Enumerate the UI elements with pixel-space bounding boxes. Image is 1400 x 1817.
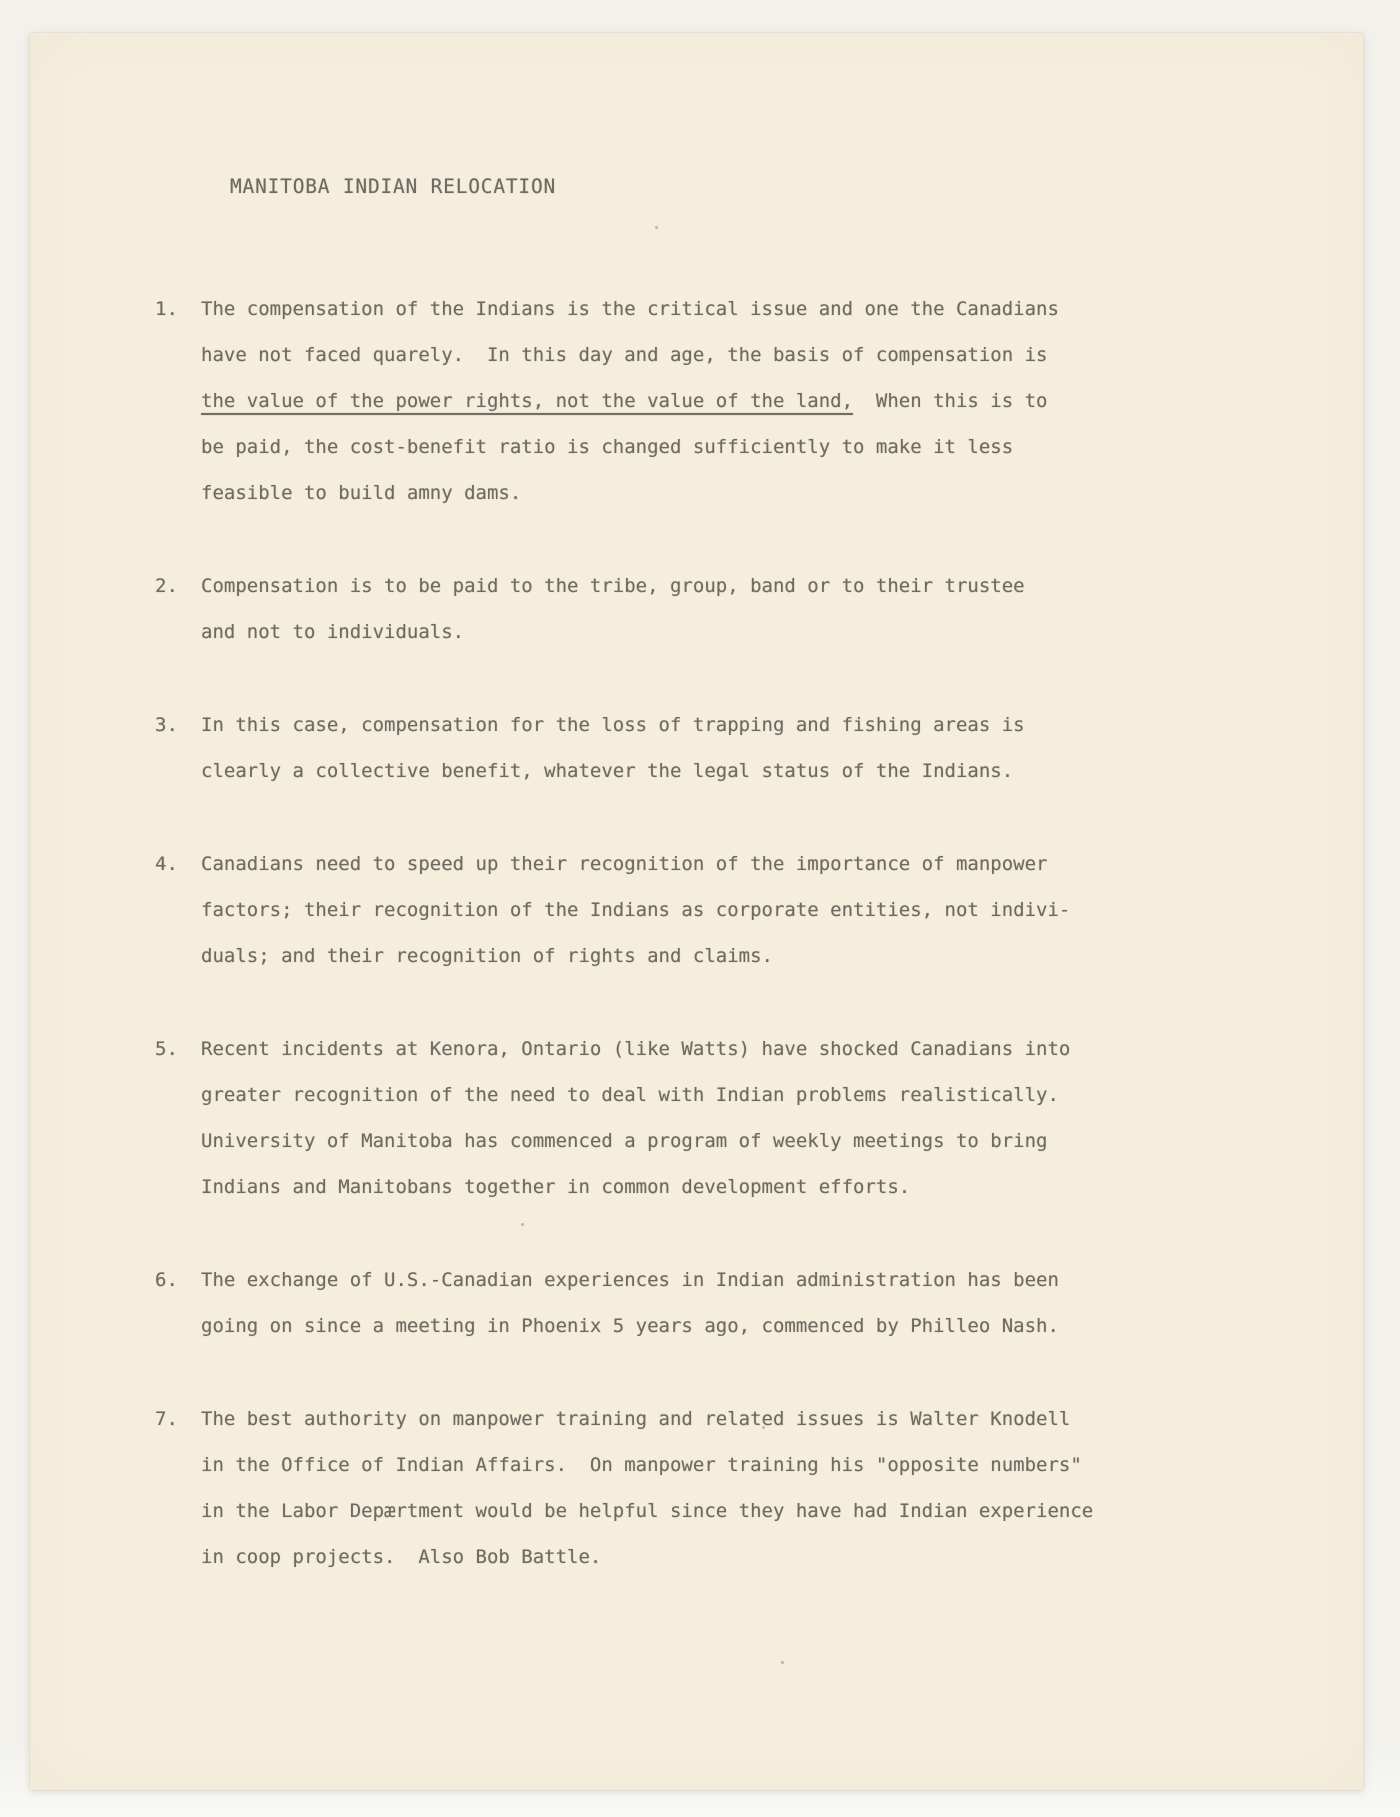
paper-speck: [781, 1661, 784, 1664]
list-item: 6.The exchange of U.S.-Canadian experien…: [155, 1257, 1243, 1349]
document-title: MANITOBA INDIAN RELOCATION: [230, 175, 1243, 198]
item-text: The exchange of U.S.-Canadian experience…: [201, 1257, 1243, 1349]
text-line: greater recognition of the need to deal …: [201, 1072, 1243, 1118]
text-line: The exchange of U.S.-Canadian experience…: [201, 1257, 1243, 1303]
text-line: factors; their recognition of the Indian…: [201, 887, 1243, 933]
list-item: 1.The compensation of the Indians is the…: [155, 286, 1243, 516]
text-line: and not to individuals.: [201, 609, 1243, 655]
text-segment: factors; their recognition of the Indian…: [201, 899, 1070, 921]
text-segment: in the Labor Depærtment would be helpful…: [201, 1500, 1093, 1522]
text-segment: in coop projects. Also Bob Battle.: [201, 1546, 601, 1568]
text-segment: When this is to: [853, 390, 1047, 412]
underlined-phrase: the value of the power rights, not the v…: [201, 390, 853, 412]
text-line: Compensation is to be paid to the tribe,…: [201, 563, 1243, 609]
text-segment: The best authority on manpower training …: [201, 1408, 1070, 1430]
paper-speck: [655, 226, 658, 229]
text-segment: The compensation of the Indians is the c…: [201, 298, 1059, 320]
item-text: The compensation of the Indians is the c…: [201, 286, 1243, 516]
item-number: 7.: [155, 1396, 201, 1442]
text-segment: duals; and their recognition of rights a…: [201, 945, 773, 967]
text-line: be paid, the cost-benefit ratio is chang…: [201, 424, 1243, 470]
text-segment: University of Manitoba has commenced a p…: [201, 1130, 1047, 1152]
list-item: 2.Compensation is to be paid to the trib…: [155, 563, 1243, 655]
text-segment: be paid, the cost-benefit ratio is chang…: [201, 436, 1013, 458]
item-number: 2.: [155, 563, 201, 609]
list-item: 4.Canadians need to speed up their recog…: [155, 841, 1243, 979]
text-segment: going on since a meeting in Phoenix 5 ye…: [201, 1315, 1059, 1337]
list-item: 5.Recent incidents at Kenora, Ontario (l…: [155, 1026, 1243, 1210]
item-number: 4.: [155, 841, 201, 887]
text-segment: Canadians need to speed up their recogni…: [201, 853, 1047, 875]
text-segment: Indians and Manitobans together in commo…: [201, 1176, 910, 1198]
numbered-list: 1.The compensation of the Indians is the…: [155, 286, 1243, 1580]
text-line: Canadians need to speed up their recogni…: [201, 841, 1243, 887]
text-line: the value of the power rights, not the v…: [201, 378, 1243, 424]
text-line: The best authority on manpower training …: [201, 1396, 1243, 1442]
item-text: Compensation is to be paid to the tribe,…: [201, 563, 1243, 655]
text-line: in the Labor Depærtment would be helpful…: [201, 1488, 1243, 1534]
text-segment: In this case, compensation for the loss …: [201, 714, 1025, 736]
text-segment: feasible to build amny dams.: [201, 482, 521, 504]
text-line: in coop projects. Also Bob Battle.: [201, 1534, 1243, 1580]
text-segment: Recent incidents at Kenora, Ontario (lik…: [201, 1038, 1070, 1060]
text-segment: have not faced quarely. In this day and …: [201, 344, 1047, 366]
text-line: duals; and their recognition of rights a…: [201, 933, 1243, 979]
text-line: going on since a meeting in Phoenix 5 ye…: [201, 1303, 1243, 1349]
text-line: in the Office of Indian Affairs. On manp…: [201, 1442, 1243, 1488]
item-number: 5.: [155, 1026, 201, 1072]
item-text: The best authority on manpower training …: [201, 1396, 1243, 1580]
text-segment: clearly a collective benefit, whatever t…: [201, 760, 1013, 782]
paper-speck: [521, 1223, 524, 1226]
item-text: Canadians need to speed up their recogni…: [201, 841, 1243, 979]
item-text: Recent incidents at Kenora, Ontario (lik…: [201, 1026, 1243, 1210]
text-line: Recent incidents at Kenora, Ontario (lik…: [201, 1026, 1243, 1072]
text-line: Indians and Manitobans together in commo…: [201, 1164, 1243, 1210]
list-item: 7.The best authority on manpower trainin…: [155, 1396, 1243, 1580]
scan-background: { "colors": { "background": "#f2f1ec", "…: [0, 0, 1400, 1817]
item-number: 3.: [155, 702, 201, 748]
text-segment: in the Office of Indian Affairs. On manp…: [201, 1454, 1082, 1476]
text-line: The compensation of the Indians is the c…: [201, 286, 1243, 332]
list-item: 3.In this case, compensation for the los…: [155, 702, 1243, 794]
text-segment: The exchange of U.S.-Canadian experience…: [201, 1269, 1059, 1291]
text-segment: and not to individuals.: [201, 621, 464, 643]
text-line: University of Manitoba has commenced a p…: [201, 1118, 1243, 1164]
text-line: feasible to build amny dams.: [201, 470, 1243, 516]
text-line: have not faced quarely. In this day and …: [201, 332, 1243, 378]
text-segment: greater recognition of the need to deal …: [201, 1084, 1059, 1106]
text-line: In this case, compensation for the loss …: [201, 702, 1243, 748]
paper: MANITOBA INDIAN RELOCATION 1.The compens…: [30, 33, 1363, 1790]
item-number: 6.: [155, 1257, 201, 1303]
text-segment: Compensation is to be paid to the tribe,…: [201, 575, 1025, 597]
text-line: clearly a collective benefit, whatever t…: [201, 748, 1243, 794]
paper-speck: [762, 1426, 765, 1429]
item-text: In this case, compensation for the loss …: [201, 702, 1243, 794]
item-number: 1.: [155, 286, 201, 332]
